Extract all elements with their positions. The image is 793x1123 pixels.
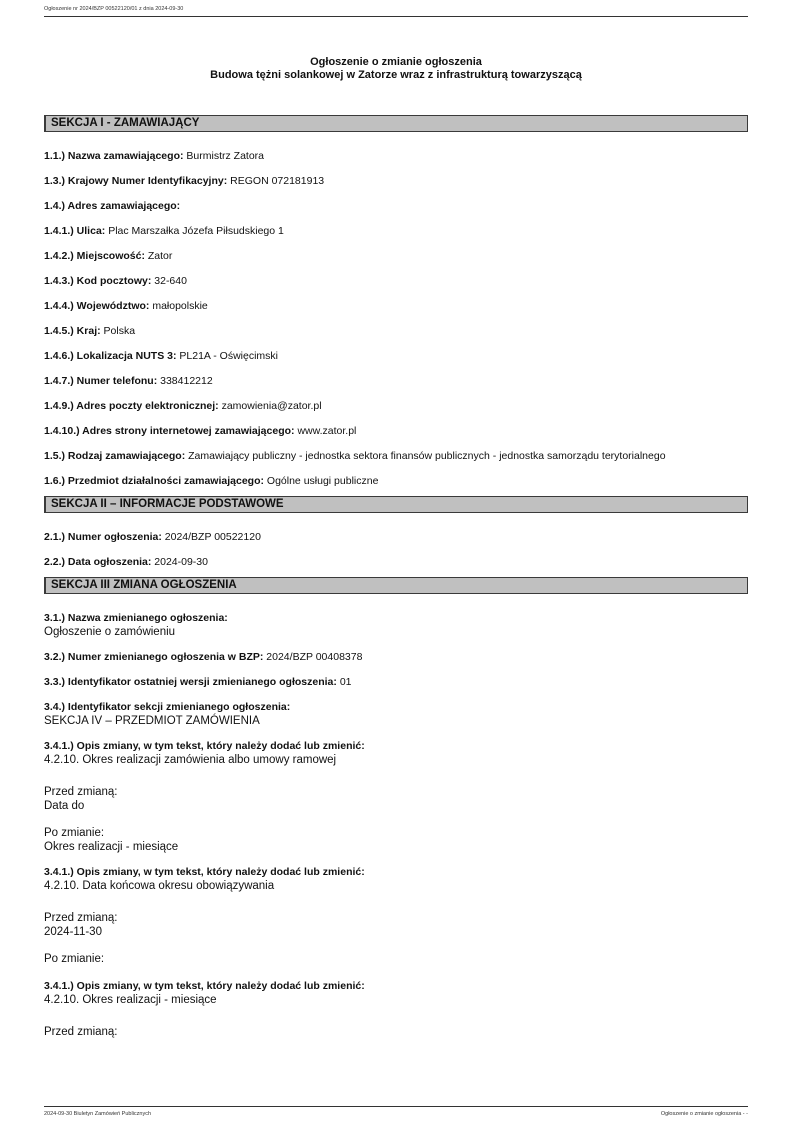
field-label: 1.4.7.) Numer telefonu:	[44, 375, 157, 387]
field-label: 1.4.2.) Miejscowość:	[44, 250, 145, 262]
field-row: 1.4.2.) Miejscowość: Zator	[44, 250, 748, 263]
section-2-fields: 2.1.) Numer ogłoszenia: 2024/BZP 0052212…	[44, 531, 748, 569]
field-label: 1.4.3.) Kod pocztowy:	[44, 275, 151, 287]
field-label: 1.4.) Adres zamawiającego:	[44, 200, 180, 212]
section-2-heading: SEKCJA II – INFORMACJE PODSTAWOWE	[44, 496, 748, 513]
before-change: Przed zmianą: 2024-11-30	[44, 911, 748, 939]
section-1-fields: 1.1.) Nazwa zamawiającego: Burmistrz Zat…	[44, 150, 748, 488]
field-value: Zamawiający publiczny - jednostka sektor…	[185, 450, 665, 462]
field-label: 2.2.) Data ogłoszenia:	[44, 556, 151, 568]
before-change: Przed zmianą: Data do	[44, 785, 748, 813]
field-row: 1.1.) Nazwa zamawiającego: Burmistrz Zat…	[44, 150, 748, 163]
field-value: www.zator.pl	[295, 425, 357, 437]
change-description: 3.4.1.) Opis zmiany, w tym tekst, który …	[44, 740, 748, 767]
field-value: PL21A - Oświęcimski	[176, 350, 278, 362]
after-change: Po zmianie: Okres realizacji - miesiące	[44, 826, 748, 854]
field-3-2: 3.2.) Numer zmienianego ogłoszenia w BZP…	[44, 651, 748, 664]
field-row: 1.4.6.) Lokalizacja NUTS 3: PL21A - Oświ…	[44, 350, 748, 363]
field-value: Ogólne usługi publiczne	[264, 475, 378, 487]
field-value: 2024/BZP 00522120	[162, 531, 261, 543]
section-3-heading: SEKCJA III ZMIANA OGŁOSZENIA	[44, 577, 748, 594]
title-line-1: Ogłoszenie o zmianie ogłoszenia	[44, 56, 748, 69]
field-label: 1.3.) Krajowy Numer Identyfikacyjny:	[44, 175, 227, 187]
document-title: Ogłoszenie o zmianie ogłoszenia Budowa t…	[44, 56, 748, 82]
after-change: Po zmianie:	[44, 952, 748, 966]
field-label: 1.4.9.) Adres poczty elektronicznej:	[44, 400, 219, 412]
field-row: 1.3.) Krajowy Numer Identyfikacyjny: REG…	[44, 175, 748, 188]
field-label: 1.5.) Rodzaj zamawiającego:	[44, 450, 185, 462]
change-description: 3.4.1.) Opis zmiany, w tym tekst, który …	[44, 866, 748, 893]
field-row: 1.6.) Przedmiot działalności zamawiające…	[44, 475, 748, 488]
field-value: Burmistrz Zatora	[183, 150, 264, 162]
footer-left: 2024-09-30 Biuletyn Zamówień Publicznych	[44, 1110, 151, 1118]
field-3-1: 3.1.) Nazwa zmienianego ogłoszenia: Ogło…	[44, 612, 748, 639]
field-value: Plac Marszałka Józefa Piłsudskiego 1	[105, 225, 284, 237]
field-row: 1.4.3.) Kod pocztowy: 32-640	[44, 275, 748, 288]
section-1-heading: SEKCJA I - ZAMAWIAJĄCY	[44, 115, 748, 132]
field-row: 1.5.) Rodzaj zamawiającego: Zamawiający …	[44, 450, 748, 463]
change-description: 3.4.1.) Opis zmiany, w tym tekst, który …	[44, 980, 748, 1007]
field-3-4: 3.4.) Identyfikator sekcji zmienianego o…	[44, 701, 748, 728]
title-line-2: Budowa tężni solankowej w Zatorze wraz z…	[44, 69, 748, 82]
field-value: 32-640	[151, 275, 187, 287]
field-value: Zator	[145, 250, 172, 262]
field-row: 1.4.5.) Kraj: Polska	[44, 325, 748, 338]
field-value: REGON 072181913	[227, 175, 324, 187]
field-label: 2.1.) Numer ogłoszenia:	[44, 531, 162, 543]
field-row: 1.4.1.) Ulica: Plac Marszałka Józefa Pił…	[44, 225, 748, 238]
field-label: 1.4.6.) Lokalizacja NUTS 3:	[44, 350, 176, 362]
field-label: 1.4.1.) Ulica:	[44, 225, 105, 237]
field-label: 1.4.4.) Województwo:	[44, 300, 149, 312]
field-label: 1.4.5.) Kraj:	[44, 325, 101, 337]
field-row: 1.4.7.) Numer telefonu: 338412212	[44, 375, 748, 388]
document-body: SEKCJA I - ZAMAWIAJĄCY 1.1.) Nazwa zamaw…	[44, 115, 748, 1039]
field-value: 2024-09-30	[151, 556, 208, 568]
before-change: Przed zmianą:	[44, 1025, 748, 1039]
field-row: 1.4.9.) Adres poczty elektronicznej: zam…	[44, 400, 748, 413]
footer-right: Ogłoszenie o zmianie ogłoszenia - -	[661, 1110, 748, 1118]
field-value: 338412212	[157, 375, 212, 387]
field-label: 1.1.) Nazwa zamawiającego:	[44, 150, 183, 162]
field-3-3: 3.3.) Identyfikator ostatniej wersji zmi…	[44, 676, 748, 689]
page-header: Ogłoszenie nr 2024/BZP 00522120/01 z dni…	[44, 5, 748, 17]
page-footer: 2024-09-30 Biuletyn Zamówień Publicznych…	[44, 1106, 748, 1118]
field-row: 2.1.) Numer ogłoszenia: 2024/BZP 0052212…	[44, 531, 748, 544]
field-value: zamowienia@zator.pl	[219, 400, 322, 412]
field-row: 1.4.10.) Adres strony internetowej zamaw…	[44, 425, 748, 438]
field-label: 1.4.10.) Adres strony internetowej zamaw…	[44, 425, 295, 437]
field-value: Polska	[101, 325, 135, 337]
field-value: małopolskie	[149, 300, 207, 312]
field-row: 1.4.4.) Województwo: małopolskie	[44, 300, 748, 313]
field-row: 1.4.) Adres zamawiającego:	[44, 200, 748, 213]
field-row: 2.2.) Data ogłoszenia: 2024-09-30	[44, 556, 748, 569]
field-label: 1.6.) Przedmiot działalności zamawiające…	[44, 475, 264, 487]
